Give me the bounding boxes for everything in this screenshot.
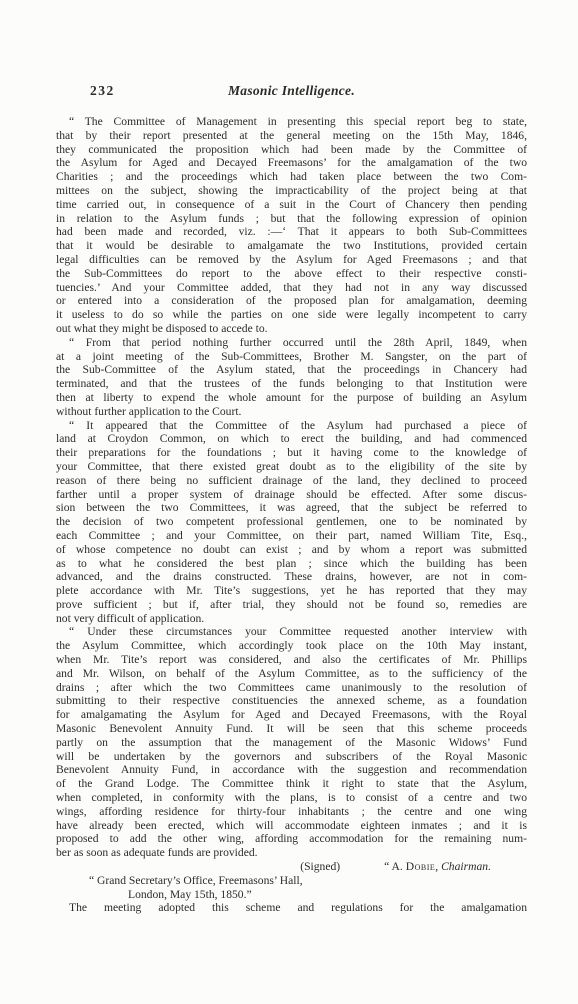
text-line: Masonic Benevolent Annuity Fund. It will…: [56, 722, 527, 736]
text-line: mittees on the subject, showing the impr…: [56, 184, 527, 198]
text-line: and Mr. Wilson, on behalf of the Asylum …: [56, 667, 527, 681]
text-line: or entered into a consideration of the p…: [56, 294, 527, 308]
text-line: for amalgamating the Asylum for Aged and…: [56, 708, 527, 722]
signature-title: Chairman.: [441, 860, 491, 873]
text-line: partly on the assumption that the manage…: [56, 736, 527, 750]
text-line: “ Under these circumstances your Committ…: [56, 625, 527, 639]
running-title: Masonic Intelligence.: [56, 84, 527, 98]
text-line: plete accordance with Mr. Tite’s suggest…: [56, 584, 527, 598]
text-line: when Mr. Tite’s report was considered, a…: [56, 653, 527, 667]
text-line: reason of there being no sufficient drai…: [56, 474, 527, 488]
text-line: that by their report presented at the ge…: [56, 129, 527, 143]
address-line-date: London, May 15th, 1850.”: [56, 888, 527, 902]
text-line: tuencies.’ And your Committee added, tha…: [56, 281, 527, 295]
text-line: advanced, and the drains constructed. Th…: [56, 570, 527, 584]
text-line: drains ; after which the two Committees …: [56, 681, 527, 695]
text-line: their preparations for the foundations ;…: [56, 446, 527, 460]
text-line: at a joint meeting of the Sub-Committees…: [56, 350, 527, 364]
text-line: farther until a proper system of drainag…: [56, 488, 527, 502]
signature-name-prefix: “ A.: [384, 860, 406, 873]
text-line: as to what he considered the best plan ;…: [56, 557, 527, 571]
text-line: of the Grand Lodge. The Committee think …: [56, 777, 527, 791]
body-text: “ The Committee of Management in present…: [56, 115, 527, 860]
text-line: time carried out, in consequence of a su…: [56, 198, 527, 212]
text-line: out what they might be disposed to acced…: [56, 322, 527, 336]
text-line: have already been erected, which will ac…: [56, 819, 527, 833]
text-line: wings, affording residence for thirty-fo…: [56, 805, 527, 819]
address-line-office: “ Grand Secretary’s Office, Freemasons’ …: [56, 874, 527, 888]
text-line: your Committee, that there existed great…: [56, 460, 527, 474]
page-header: 232 Masonic Intelligence.: [56, 84, 527, 103]
text-line: the decision of two competent profession…: [56, 515, 527, 529]
text-line: each Committee ; and your Committee, on …: [56, 529, 527, 543]
page-number: 232: [90, 84, 115, 98]
text-line: prove sufficient ; but if, after trial, …: [56, 598, 527, 612]
text-line: sion between the two Committees, it was …: [56, 501, 527, 515]
text-line: Benevolent Annuity Fund, in accordance w…: [56, 763, 527, 777]
signature-line: (Signed) “ A. Dobie, Chairman.: [56, 860, 527, 874]
text-line: submitting to their respective constitue…: [56, 694, 527, 708]
closing-line: The meeting adopted this scheme and regu…: [56, 901, 527, 915]
text-line: had been made and recorded, viz. :—‘ Tha…: [56, 225, 527, 239]
text-line: “ The Committee of Management in present…: [56, 115, 527, 129]
text-line: terminated, and that the trustees of the…: [56, 377, 527, 391]
text-line: in relation to the Asylum funds ; but th…: [56, 212, 527, 226]
text-line: “ From that period nothing further occur…: [56, 336, 527, 350]
text-line: “ It appeared that the Committee of the …: [56, 419, 527, 433]
text-line: will be undertaken by the governors and …: [56, 750, 527, 764]
text-line: not very difficult of application.: [56, 612, 527, 626]
text-line: then at liberty to expend the whole amou…: [56, 391, 527, 405]
text-line: without further application to the Court…: [56, 405, 527, 419]
text-line: proposed to add the other wing, affordin…: [56, 832, 527, 846]
text-line: they communicated the proposition which …: [56, 143, 527, 157]
text-line: ber as soon as adequate funds are provid…: [56, 846, 527, 860]
text-line: that it would be desirable to amalgamate…: [56, 239, 527, 253]
text-line: the Sub-Committees do report to the abov…: [56, 267, 527, 281]
text-line: it useless to do so while the parties on…: [56, 308, 527, 322]
text-line: the Asylum for Aged and Decayed Freemaso…: [56, 156, 527, 170]
text-line: of whose competence no doubt can exist ;…: [56, 543, 527, 557]
signature-name: “ A. Dobie, Chairman.: [384, 860, 491, 874]
text-line: Charities ; and the proceedings which ha…: [56, 170, 527, 184]
signed-label: (Signed): [300, 860, 340, 874]
signature-surname: Dobie: [406, 860, 436, 873]
text-line: the Sub-Committee of the Asylum stated, …: [56, 363, 527, 377]
text-line: land at Croydon Common, on which to erec…: [56, 432, 527, 446]
text-line: legal difficulties can be removed by the…: [56, 253, 527, 267]
text-line: when completed, in conformity with the p…: [56, 791, 527, 805]
text-line: the Asylum Committee, which accordingly …: [56, 639, 527, 653]
book-page: 232 Masonic Intelligence. “ The Committe…: [0, 0, 578, 1004]
